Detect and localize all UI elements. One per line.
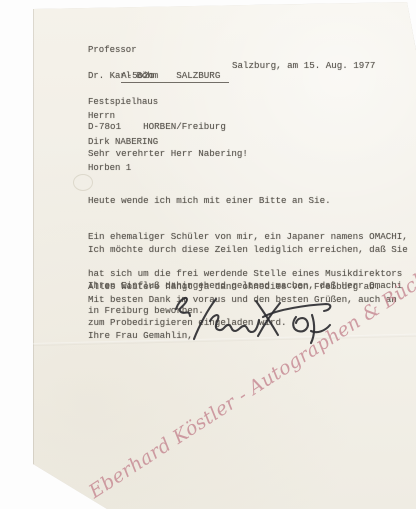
dateline: Salzburg, am 15. Aug. 1977: [232, 60, 375, 71]
paper-left-edge: [33, 9, 34, 465]
letter-sheet: Professor Dr. Karl Böhm Festspielhaus A-…: [33, 0, 416, 509]
scanned-letter-photo: Professor Dr. Karl Böhm Festspielhaus A-…: [0, 0, 416, 509]
paper-top-edge: [33, 1, 413, 9]
paper-right-edge: [407, 2, 416, 50]
salutation: Sehr verehrter Herr Nabering!: [88, 148, 248, 159]
body-line: Ich möchte durch diese Zeilen lediglich …: [88, 244, 408, 256]
recipient-line: Herrn: [88, 112, 158, 121]
letterhead-line: Professor: [88, 46, 158, 55]
recipient-line: Dirk NABERING: [88, 138, 158, 147]
recipient-postal-line: D-78o1 HORBEN/Freiburg: [88, 121, 226, 132]
letterhead-city-underlined: A-5o2o SALZBURG: [121, 70, 229, 83]
body-line: Heute wende ich mich mit einer Bitte an …: [88, 195, 408, 207]
letterhead-city-line: A-5o2o SALZBURG: [88, 59, 229, 94]
